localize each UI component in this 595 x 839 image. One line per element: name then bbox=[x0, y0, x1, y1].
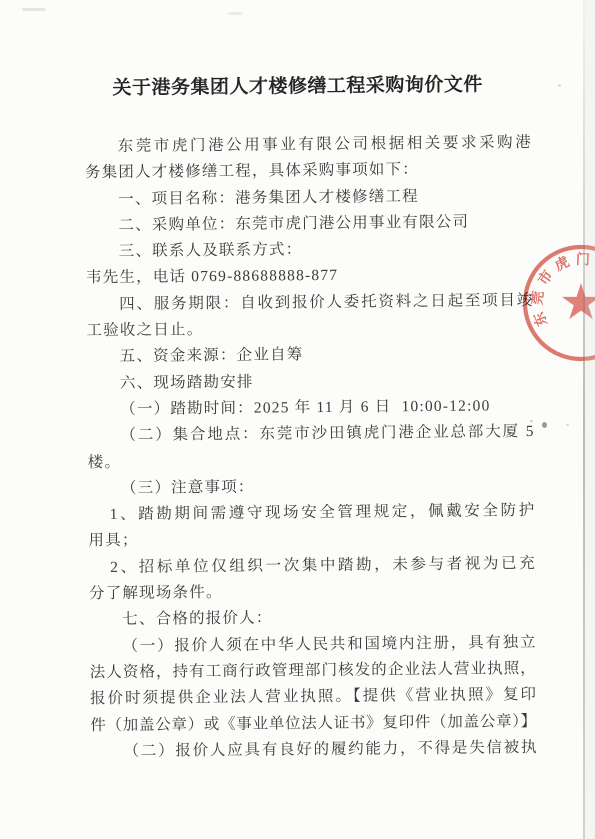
document-line: 件（加盖公章）或《事业单位法人证书》复印件（加盖公章）】 bbox=[90, 709, 536, 740]
document-line: （二）报价人应具有良好的履约能力，不得是失信被执 bbox=[90, 735, 536, 766]
document-line: 二、采购单位：东莞市虎门港公用事业有限公司 bbox=[85, 209, 531, 240]
document-line: （二）集合地点：东莞市沙田镇虎门港企业总部大厦 5 bbox=[87, 419, 533, 450]
scan-artifact bbox=[228, 12, 242, 15]
scan-artifact bbox=[22, 8, 46, 11]
document-line: 2、招标单位仅组织一次集中踏勘，未参与者视为已充 bbox=[89, 551, 535, 582]
document-line: 东莞市虎门港公用事业有限公司根据相关要求采购港 bbox=[85, 130, 531, 161]
scan-artifact bbox=[558, 84, 561, 87]
scan-artifact bbox=[530, 420, 533, 422]
document-body: 东莞市虎门港公用事业有限公司根据相关要求采购港务集团人才楼修缮工程，具体采购事项… bbox=[85, 130, 537, 765]
document-line: 1、踏勘期间需遵守现场安全管理规定，佩戴安全防护 bbox=[88, 498, 534, 529]
document-line: 四、服务期限：自收到报价人委托资料之日起至项目竣 bbox=[86, 288, 532, 319]
document-content: 关于港务集团人才楼修缮工程采购询价文件 东莞市虎门港公用事业有限公司根据相关要求… bbox=[0, 0, 595, 839]
document-title: 关于港务集团人才楼修缮工程采购询价文件 bbox=[0, 68, 595, 101]
document-page: 关于港务集团人才楼修缮工程采购询价文件 东莞市虎门港公用事业有限公司根据相关要求… bbox=[0, 0, 595, 839]
page-edge-line bbox=[583, 0, 585, 839]
scan-artifact bbox=[566, 424, 569, 426]
document-line: 报价时须提供企业法人营业执照。【提供《营业执照》复印 bbox=[90, 682, 536, 713]
scan-right-band bbox=[585, 0, 595, 839]
scan-artifact bbox=[542, 422, 547, 428]
